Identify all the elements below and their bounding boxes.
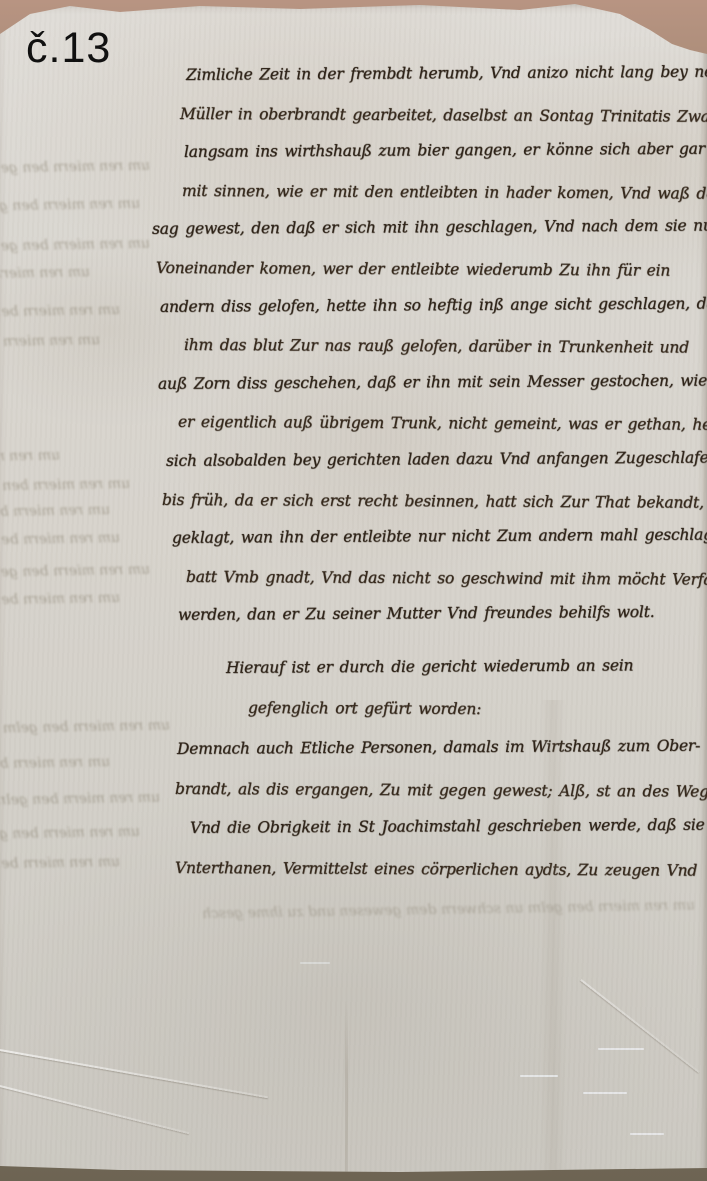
archive-number-label: č.13 <box>26 24 111 73</box>
manuscript-paragraph-testimony: Zimliche Zeit in der frembdt herumb, Vnd… <box>178 56 707 635</box>
bleedthrough-text: um ren miern ben gelm un schwern dem gew… <box>0 444 60 467</box>
paper-crease <box>0 1084 189 1134</box>
manuscript-line: gefenglich ort gefürt worden: <box>248 688 634 730</box>
bleedthrough-text: um ren miern ben gelm un schwern dem gew… <box>0 527 120 551</box>
manuscript-line: Hierauf ist er durch die gericht wiederu… <box>226 646 634 688</box>
manuscript-line: sag gewest, den daß er sich mit ihn gesc… <box>152 207 707 249</box>
bleedthrough-text: um ren miern ben gelm un schwern dem gew… <box>0 787 160 812</box>
bleedthrough-text: um ren miern ben gelm un schwern dem gew… <box>0 559 150 584</box>
bleedthrough-text: um ren miern ben gelm un schwern dem gew… <box>0 821 140 845</box>
photo-background: č.13 um ren miern ben gelm un schwern de… <box>0 0 707 1181</box>
manuscript-line: Zimliche Zeit in der frembdt herumb, Vnd… <box>186 52 707 94</box>
manuscript-paragraph-witnesses: Demnach auch Etliche Personen, damals im… <box>165 730 707 888</box>
bleedthrough-text: um ren miern ben gelm un schwern dem gew… <box>0 299 120 323</box>
bleedthrough-text: um ren miern ben gelm un schwern dem gew… <box>0 715 170 740</box>
bleedthrough-text: um ren miern ben gelm un schwern dem gew… <box>0 851 120 875</box>
bleedthrough-text: um ren miern ben gelm un schwern dem gew… <box>0 261 90 285</box>
bleedthrough-text: um ren miern ben gelm un schwern dem gew… <box>0 499 110 523</box>
manuscript-line: sich alsobalden bey gerichten laden dazu… <box>166 438 707 480</box>
bleedthrough-text: um ren miern ben gelm un schwern dem gew… <box>0 193 140 217</box>
bleedthrough-text: um ren miern ben gelm un schwern dem gew… <box>0 155 150 180</box>
bleedthrough-text: um ren miern ben gelm un schwern dem gew… <box>55 894 695 927</box>
paper-scratch <box>630 1133 664 1135</box>
manuscript-line: Vnd die Obrigkeit in St Joachimstahl ges… <box>190 805 707 848</box>
manuscript-paragraph-court-remark: Hierauf ist er durch die gericht wiederu… <box>178 648 633 728</box>
paper-crease <box>580 979 699 1073</box>
bleedthrough-text: um ren miern ben gelm un schwern dem gew… <box>0 329 100 353</box>
bleedthrough-text: um ren miern ben gelm un schwern dem gew… <box>0 473 130 497</box>
manuscript-line: Demnach auch Etliche Personen, damals im… <box>177 726 707 769</box>
manuscript-line: auß Zorn diss geschehen, daß er ihn mit … <box>158 361 707 403</box>
paper: č.13 um ren miern ben gelm un schwern de… <box>0 0 707 1181</box>
bleedthrough-text: um ren miern ben gelm un schwern dem gew… <box>0 587 120 611</box>
manuscript-line: langsam ins wirthshauß zum bier gangen, … <box>184 130 707 172</box>
paper-crease <box>0 1048 268 1099</box>
bleedthrough-text: um ren miern ben gelm un schwern dem gew… <box>0 233 150 258</box>
paper-scratch <box>520 1075 558 1077</box>
manuscript-line: Vnterthanen, Vermittelst eines cörperlic… <box>175 849 707 892</box>
paper-scratch <box>300 962 330 964</box>
paper-scratch <box>583 1092 627 1094</box>
paper-scratch <box>598 1048 644 1050</box>
bleedthrough-text: um ren miern ben gelm un schwern dem gew… <box>0 751 110 775</box>
manuscript-line: werden, dan er Zu seiner Mutter Vnd freu… <box>178 593 707 635</box>
manuscript-line: geklagt, wan ihn der entleibte nur nicht… <box>172 516 707 558</box>
manuscript-line: andern diss gelofen, hette ihn so heftig… <box>160 284 707 326</box>
paper-crease <box>345 1000 348 1175</box>
